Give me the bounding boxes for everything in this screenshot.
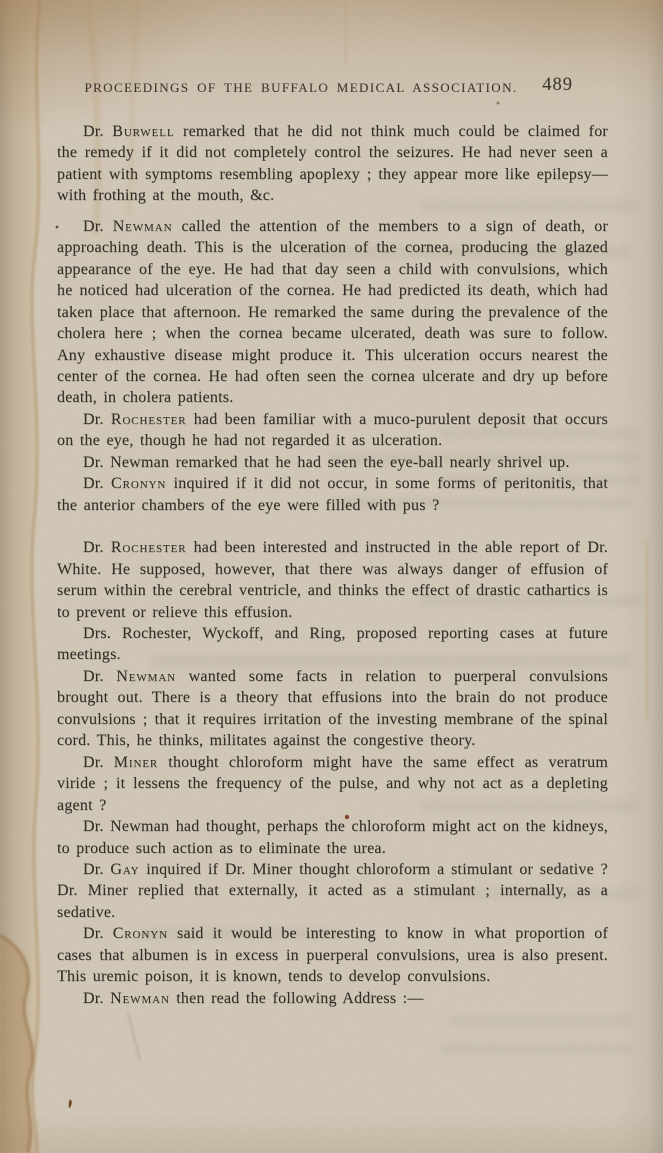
speaker-name: Newman [116, 668, 176, 685]
paragraph-text: Dr. Newman had thought, perhaps the chlo… [57, 818, 608, 856]
speaker-name: Newman [110, 990, 170, 1007]
paragraph: Dr. Rochester had been familiar with a m… [57, 409, 608, 452]
speaker-name: Rochester [111, 411, 187, 428]
paragraph-text: Dr. [83, 218, 113, 235]
paragraph: Dr. Rochester had been interested and in… [57, 537, 608, 623]
top-streak-3 [345, 0, 346, 66]
paragraph-text: Dr. Newman remarked that he had seen the… [83, 454, 570, 471]
bottom-left-stain [0, 935, 33, 1153]
speaker-name: Rochester [111, 539, 187, 556]
paragraph: Dr. Cronyn said it would be interesting … [57, 923, 608, 987]
body-text-column: Dr. Burwell remarked that he did not thi… [57, 121, 608, 1009]
page-number: 489 [542, 75, 573, 96]
paragraph: Dr. Cronyn inquired if it did not occur,… [57, 473, 608, 516]
paragraph: Dr. Newman wanted some facts in relation… [57, 666, 608, 752]
paragraph-text: Drs. Rochester, Wyckoff, and Ring, propo… [57, 625, 608, 663]
paragraph: Dr. Gay inquired if Dr. Miner thought ch… [57, 859, 608, 923]
speaker-name: Gay [110, 861, 139, 878]
paragraph: Dr. Newman had thought, perhaps the chlo… [57, 816, 608, 859]
paragraph: Dr. Miner thought chloroform might have … [57, 752, 608, 816]
left-stain-edge-line [32, 0, 40, 1153]
scanned-page: PROCEEDINGS OF THE BUFFALO MEDICAL ASSOC… [0, 0, 663, 1153]
speck-comma-mark [69, 1099, 72, 1108]
paragraph: Drs. Rochester, Wyckoff, and Ring, propo… [57, 623, 608, 666]
paragraph-text: Dr. [83, 754, 114, 771]
paragraph: Dr. Burwell remarked that he did not thi… [57, 121, 608, 207]
paragraph-text: called the attention of the members to a… [57, 218, 608, 407]
paragraph-text: Dr. [83, 539, 111, 556]
paragraph-text: Dr. [83, 411, 111, 428]
paragraph: Dr. Newman remarked that he had seen the… [57, 452, 608, 473]
paragraph-text: Dr. [83, 123, 112, 140]
paragraph-text: Dr. [83, 990, 110, 1007]
right-streak [646, 540, 648, 720]
paragraph: Dr. Newman then read the following Addre… [57, 988, 608, 1009]
paragraph-text: then read the following Address :— [170, 990, 424, 1007]
speaker-name: Cronyn [111, 475, 166, 492]
running-header: PROCEEDINGS OF THE BUFFALO MEDICAL ASSOC… [57, 80, 607, 104]
left-water-stain [0, 0, 40, 1153]
bottom-left-stain-edge [0, 935, 33, 1153]
speaker-name: Cronyn [113, 925, 168, 942]
speaker-name: Newman [113, 218, 173, 235]
crease-mark [128, 1012, 140, 1060]
speaker-name: Burwell [112, 123, 174, 140]
paragraph-text: Dr. [83, 925, 113, 942]
speaker-name: Miner [114, 754, 158, 771]
paragraph-text: Dr. [83, 475, 111, 492]
paragraph-text: inquired if Dr. Miner thought chloroform… [57, 861, 608, 921]
paragraph-text: Dr. [83, 668, 116, 685]
running-header-title: PROCEEDINGS OF THE BUFFALO MEDICAL ASSOC… [57, 80, 545, 96]
paragraph: Dr. Newman called the attention of the m… [57, 216, 608, 409]
paragraph-text: Dr. [83, 861, 110, 878]
